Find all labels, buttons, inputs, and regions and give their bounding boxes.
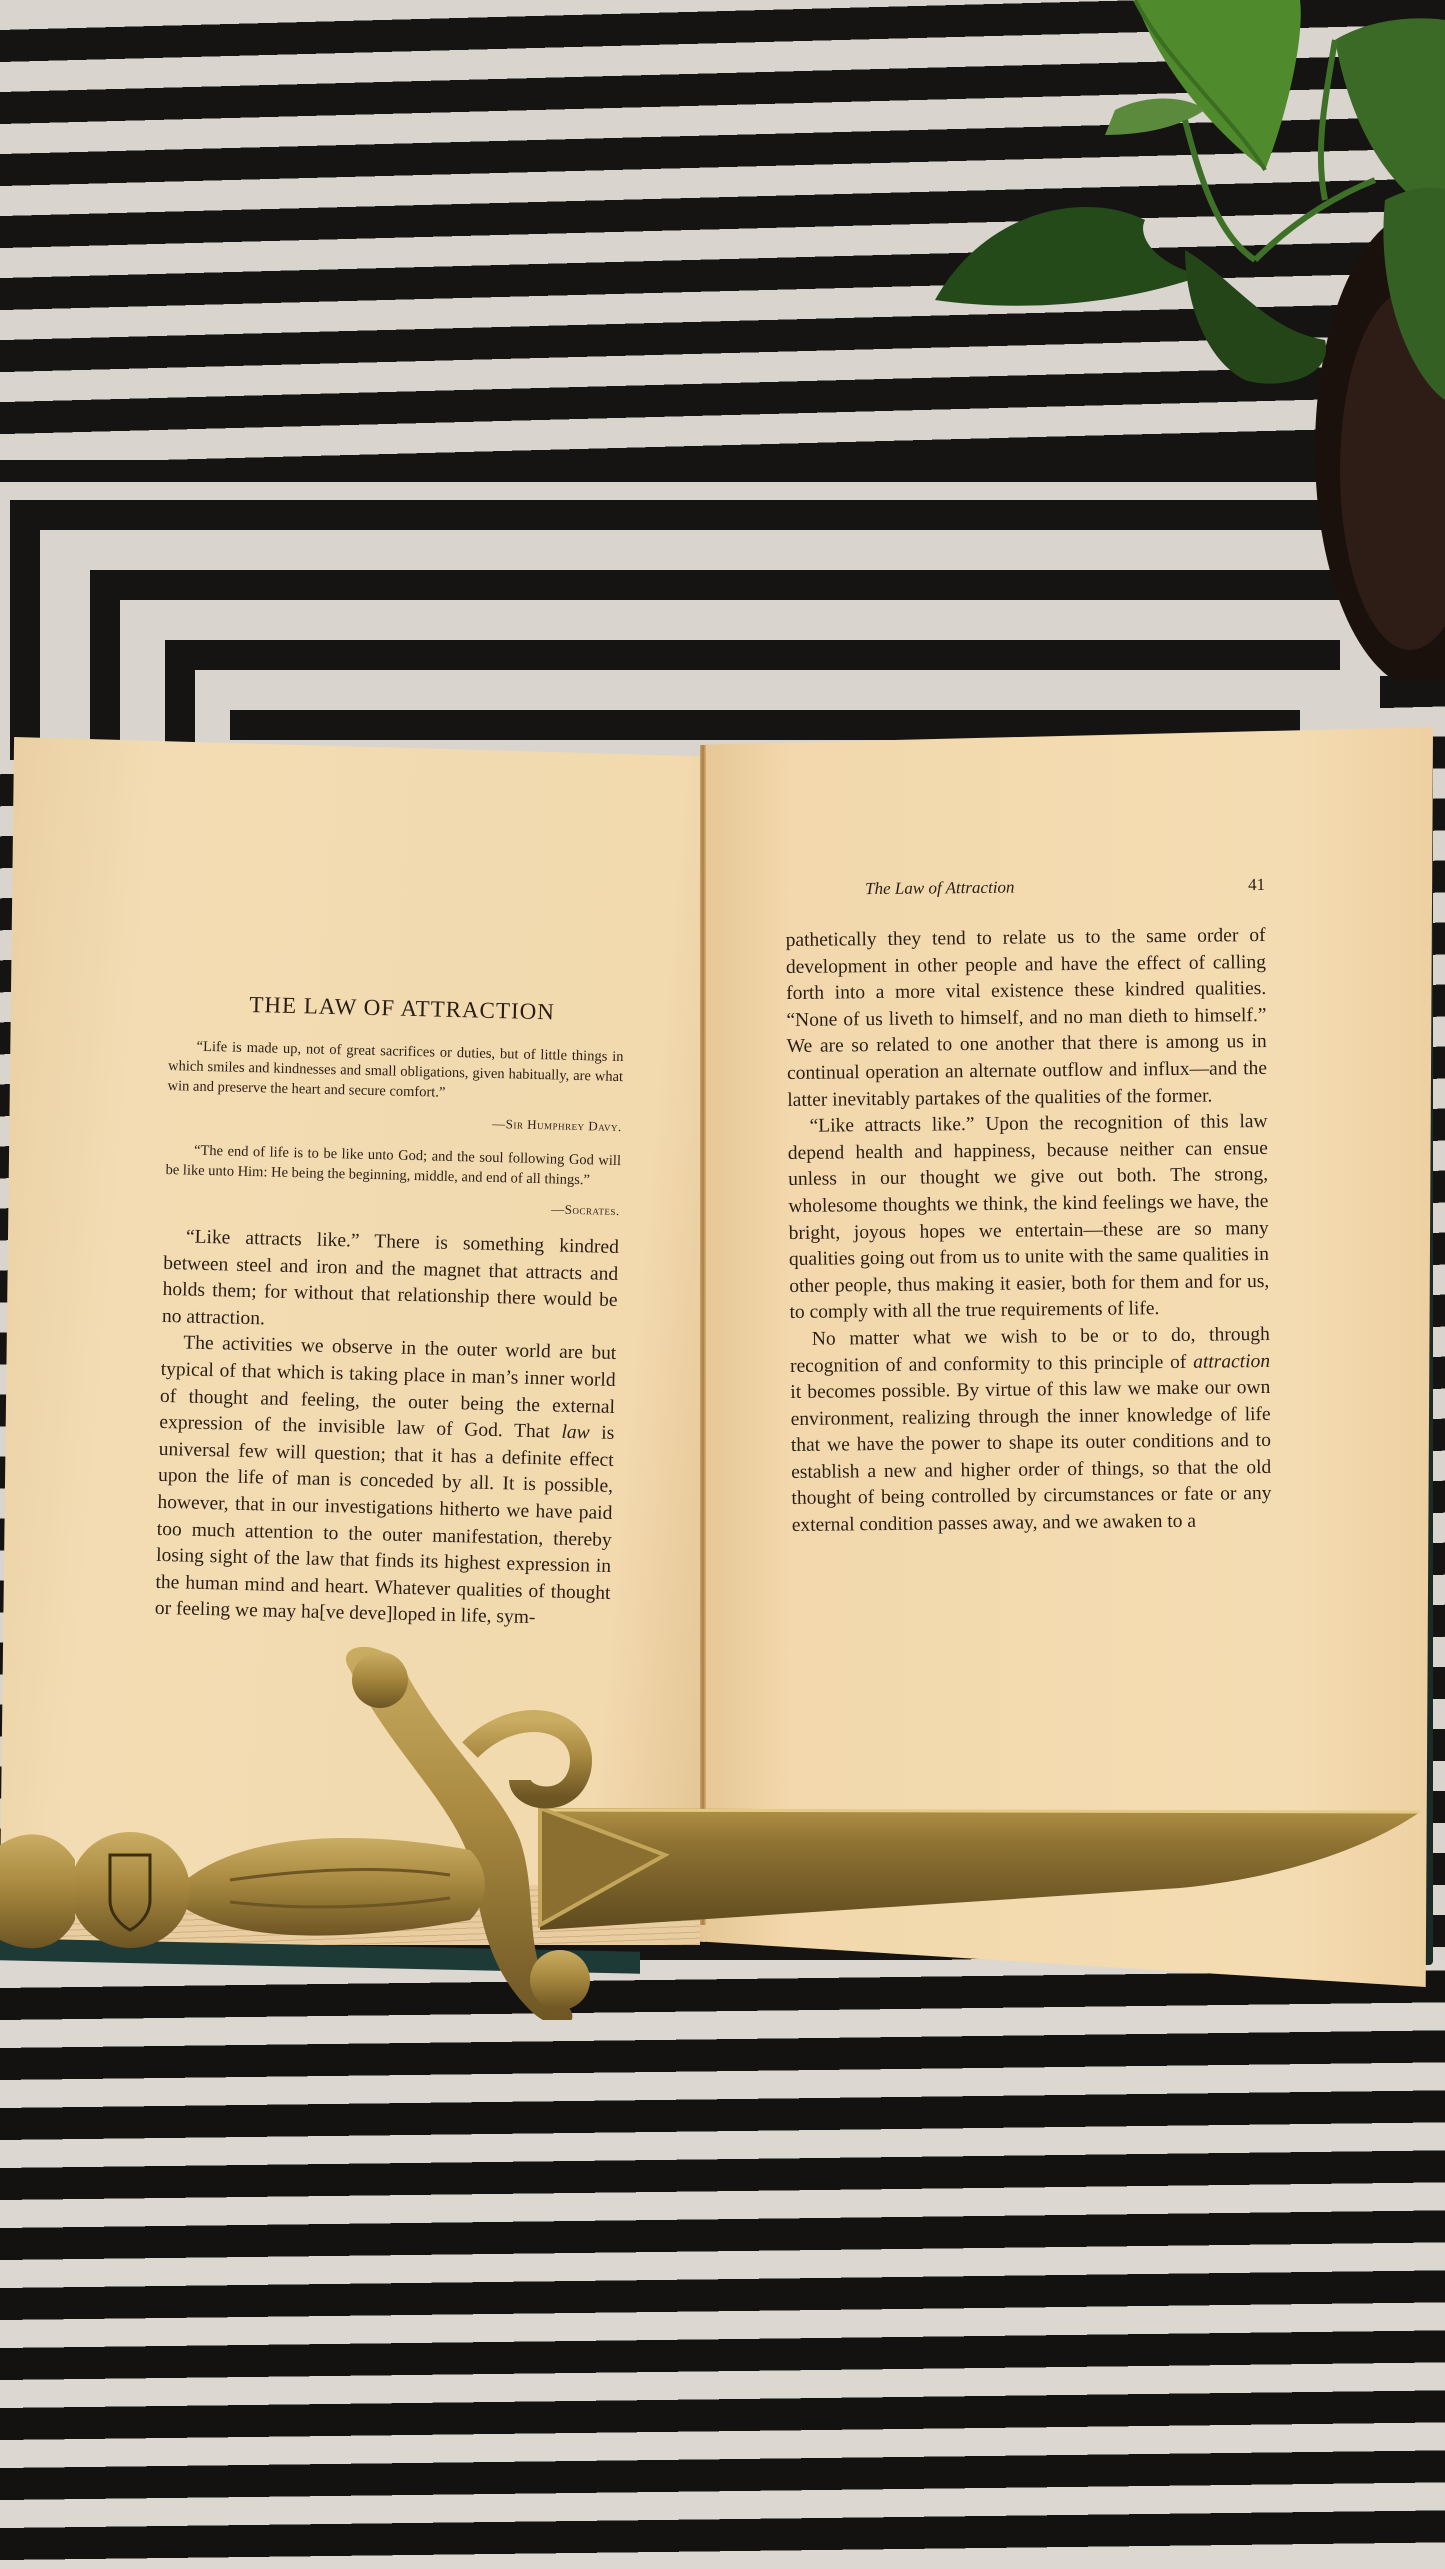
potted-pothos-plant — [905, 0, 1445, 680]
brass-letter-opener — [0, 1640, 1430, 2020]
italic-word: attraction — [1193, 1350, 1270, 1372]
striped-fabric-lower — [0, 1960, 1445, 2569]
epigraph-quote: “The end of life is to be like unto God;… — [165, 1140, 621, 1191]
body-text: it becomes possible. By virtue of this l… — [790, 1377, 1271, 1536]
running-head: The Law of Attraction 41 — [865, 875, 1265, 899]
italic-word: law — [561, 1422, 590, 1444]
epigraph-socrates: “The end of life is to be like unto God;… — [165, 1140, 621, 1191]
body-text: is universal few will question; that it … — [155, 1423, 615, 1629]
running-head-title: The Law of Attraction — [865, 878, 1015, 900]
left-page-text: THE LAW OF ATTRACTION “Life is made up, … — [155, 990, 625, 1634]
body-paragraph: The activities we observe in the outer w… — [155, 1330, 617, 1634]
body-paragraph: No matter what we wish to be or to do, t… — [790, 1322, 1272, 1540]
body-paragraph: pathetically they tend to relate us to t… — [786, 923, 1268, 1114]
body-paragraph: “Like attracts like.” There is something… — [162, 1224, 619, 1341]
epigraph-davy: “Life is made up, not of great sacrifice… — [167, 1036, 623, 1107]
epigraph-attribution: —Sir Humphrey Davy. — [167, 1108, 622, 1135]
epigraph-attribution: —Socrates. — [165, 1192, 620, 1219]
body-text: The activities we observe in the outer w… — [159, 1333, 616, 1443]
right-page-text: The Law of Attraction 41 pathetically th… — [785, 875, 1272, 1540]
page-number: 41 — [1248, 875, 1265, 895]
epigraph-quote: “Life is made up, not of great sacrifice… — [167, 1036, 623, 1107]
photo-scene: THE LAW OF ATTRACTION “Life is made up, … — [0, 0, 1445, 2569]
body-paragraph: “Like attracts like.” Upon the recogniti… — [787, 1109, 1269, 1327]
